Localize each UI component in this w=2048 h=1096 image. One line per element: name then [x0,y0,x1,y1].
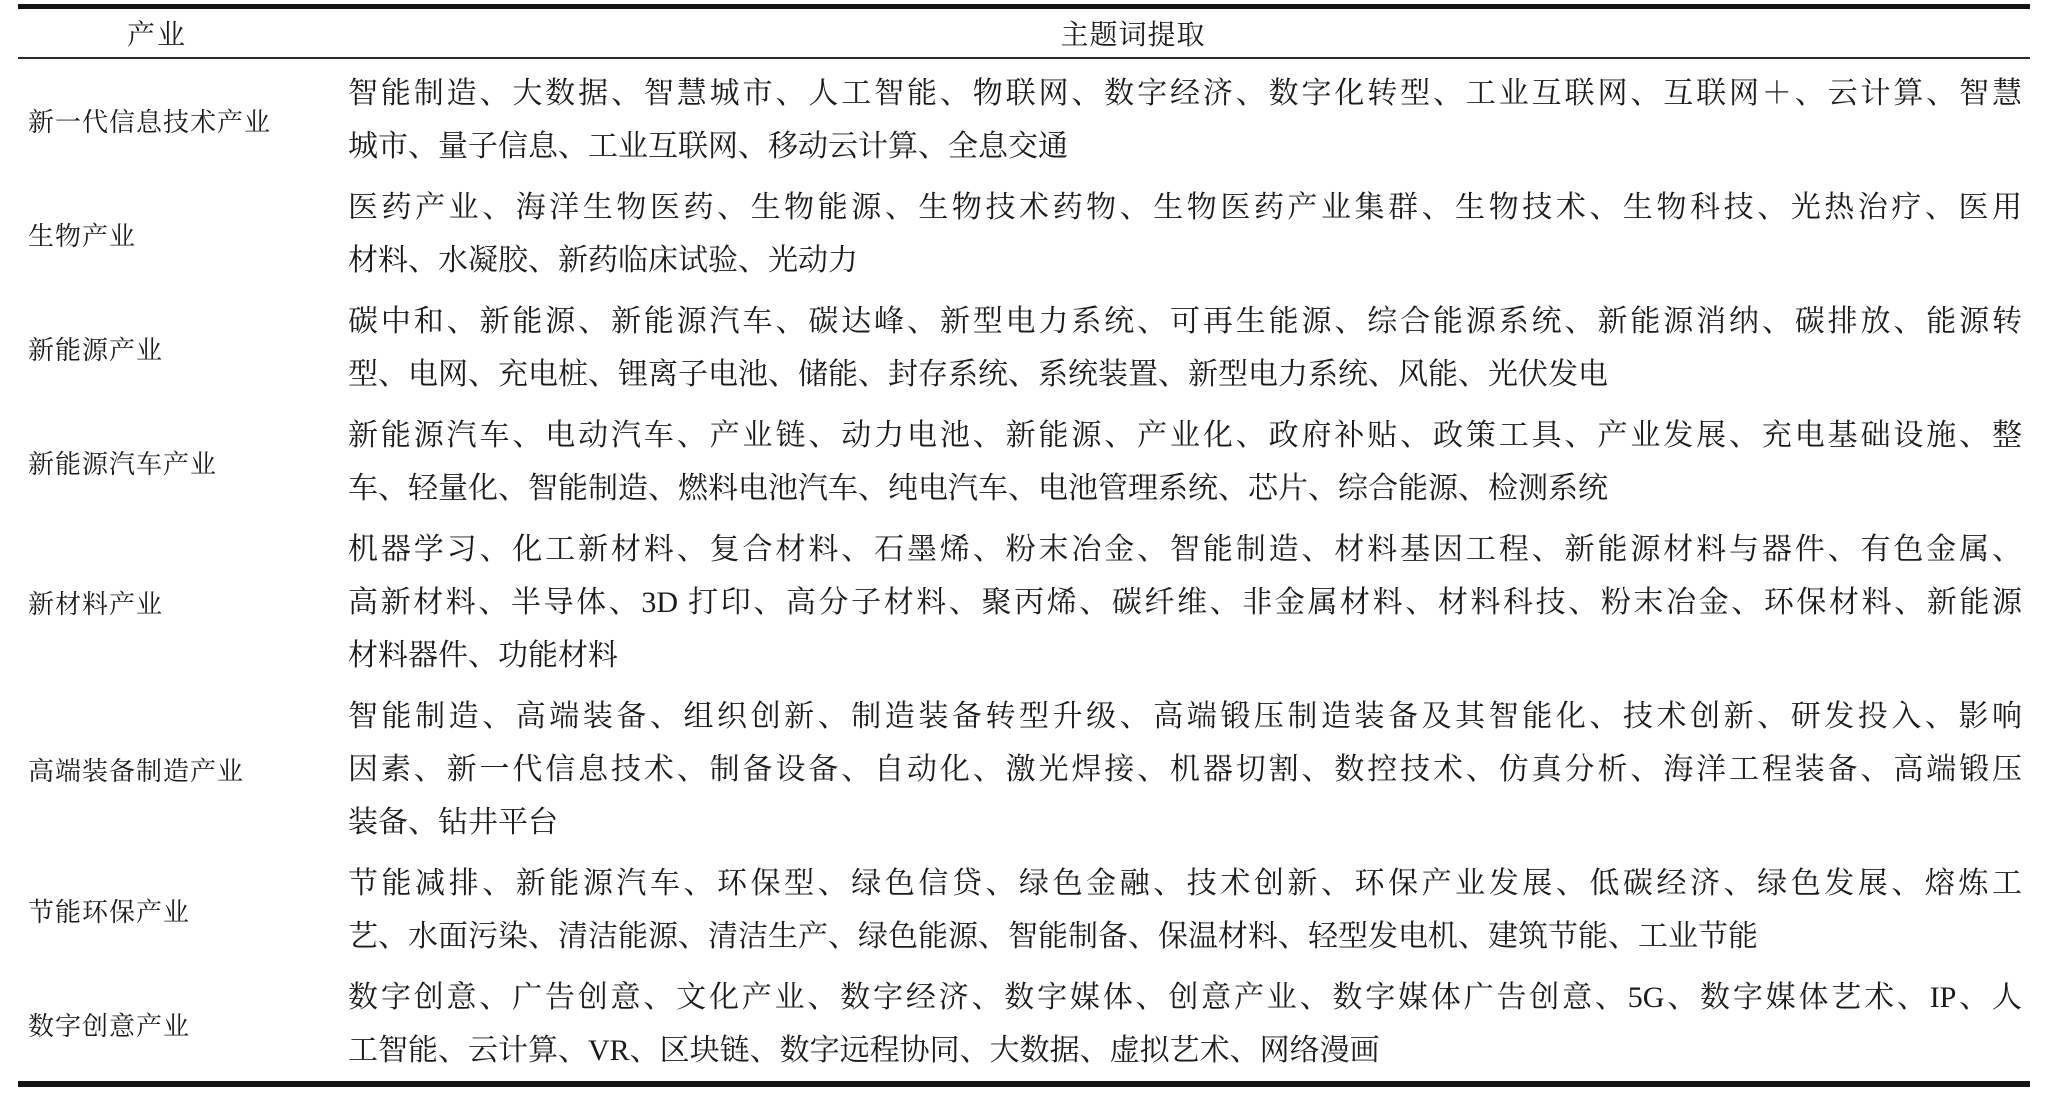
keywords-cell: 智能制造、大数据、智慧城市、人工智能、物联网、数字经济、数字化转型、工业互联网、… [348,67,2030,173]
table-row: 新能源汽车产业 新能源汽车、电动汽车、产业链、动力电池、新能源、产业化、政府补贴… [18,405,2030,519]
keyword-line: 节能减排、新能源汽车、环保型、绿色信贷、绿色金融、技术创新、环保产业发展、低碳经… [348,857,2022,910]
keyword-line: 新能源汽车、电动汽车、产业链、动力电池、新能源、产业化、政府补贴、政策工具、产业… [348,409,2022,462]
industry-cell: 节能环保产业 [18,857,348,963]
keyword-line: 智能制造、大数据、智慧城市、人工智能、物联网、数字经济、数字化转型、工业互联网、… [348,67,2022,120]
keywords-cell: 机器学习、化工新材料、复合材料、石墨烯、粉末冶金、智能制造、材料基因工程、新能源… [348,523,2030,682]
industry-cell: 生物产业 [18,181,348,287]
industry-cell: 新材料产业 [18,523,348,682]
keywords-cell: 碳中和、新能源、新能源汽车、碳达峰、新型电力系统、可再生能源、综合能源系统、新能… [348,295,2030,401]
keywords-cell: 智能制造、高端装备、组织创新、制造装备转型升级、高端锻压制造装备及其智能化、技术… [348,690,2030,849]
industry-keywords-table: 产业 主题词提取 新一代信息技术产业 智能制造、大数据、智慧城市、人工智能、物联… [18,4,2030,1087]
table-row: 高端装备制造产业 智能制造、高端装备、组织创新、制造装备转型升级、高端锻压制造装… [18,686,2030,853]
table-row: 新材料产业 机器学习、化工新材料、复合材料、石墨烯、粉末冶金、智能制造、材料基因… [18,519,2030,686]
keyword-line: 机器学习、化工新材料、复合材料、石墨烯、粉末冶金、智能制造、材料基因工程、新能源… [348,523,2022,576]
table-row: 数字创意产业 数字创意、广告创意、文化产业、数字经济、数字媒体、创意产业、数字媒… [18,967,2030,1081]
keyword-line: 装备、钻井平台 [348,796,2022,849]
keyword-line: 车、轻量化、智能制造、燃料电池汽车、纯电汽车、电池管理系统、芯片、综合能源、检测… [348,462,2022,515]
industry-cell: 新能源汽车产业 [18,409,348,515]
industry-cell: 新能源产业 [18,295,348,401]
table-header-row: 产业 主题词提取 [18,9,2030,57]
table-row: 生物产业 医药产业、海洋生物医药、生物能源、生物技术药物、生物医药产业集群、生物… [18,177,2030,291]
industry-cell: 新一代信息技术产业 [18,67,348,173]
keyword-line: 高新材料、半导体、3D 打印、高分子材料、聚丙烯、碳纤维、非金属材料、材料科技、… [348,576,2022,629]
table-body: 新一代信息技术产业 智能制造、大数据、智慧城市、人工智能、物联网、数字经济、数字… [18,59,2030,1081]
keyword-line: 因素、新一代信息技术、制备设备、自动化、激光焊接、机器切割、数控技术、仿真分析、… [348,743,2022,796]
table-row: 新能源产业 碳中和、新能源、新能源汽车、碳达峰、新型电力系统、可再生能源、综合能… [18,291,2030,405]
table-row: 新一代信息技术产业 智能制造、大数据、智慧城市、人工智能、物联网、数字经济、数字… [18,59,2030,177]
keywords-cell: 医药产业、海洋生物医药、生物能源、生物技术药物、生物医药产业集群、生物技术、生物… [348,181,2030,287]
keyword-line: 艺、水面污染、清洁能源、清洁生产、绿色能源、智能制备、保温材料、轻型发电机、建筑… [348,910,2022,963]
table-row: 节能环保产业 节能减排、新能源汽车、环保型、绿色信贷、绿色金融、技术创新、环保产… [18,853,2030,967]
industry-cell: 数字创意产业 [18,971,348,1077]
keyword-line: 数字创意、广告创意、文化产业、数字经济、数字媒体、创意产业、数字媒体广告创意、5… [348,971,2022,1024]
keywords-cell: 新能源汽车、电动汽车、产业链、动力电池、新能源、产业化、政府补贴、政策工具、产业… [348,409,2030,515]
keywords-cell: 数字创意、广告创意、文化产业、数字经济、数字媒体、创意产业、数字媒体广告创意、5… [348,971,2030,1077]
keyword-line: 碳中和、新能源、新能源汽车、碳达峰、新型电力系统、可再生能源、综合能源系统、新能… [348,295,2022,348]
keyword-line: 医药产业、海洋生物医药、生物能源、生物技术药物、生物医药产业集群、生物技术、生物… [348,181,2022,234]
table-header-keywords: 主题词提取 [292,13,1974,53]
industry-cell: 高端装备制造产业 [18,690,348,849]
keyword-line: 型、电网、充电桩、锂离子电池、储能、封存系统、系统装置、新型电力系统、风能、光伏… [348,348,2022,401]
table-header-industry: 产业 [0,13,322,53]
keyword-line: 工智能、云计算、VR、区块链、数字远程协同、大数据、虚拟艺术、网络漫画 [348,1024,2022,1077]
keyword-line: 城市、量子信息、工业互联网、移动云计算、全息交通 [348,120,2022,173]
keyword-line: 材料器件、功能材料 [348,629,2022,682]
keywords-cell: 节能减排、新能源汽车、环保型、绿色信贷、绿色金融、技术创新、环保产业发展、低碳经… [348,857,2030,963]
table-bottom-rule [18,1081,2030,1087]
keyword-line: 材料、水凝胶、新药临床试验、光动力 [348,234,2022,287]
keyword-line: 智能制造、高端装备、组织创新、制造装备转型升级、高端锻压制造装备及其智能化、技术… [348,690,2022,743]
